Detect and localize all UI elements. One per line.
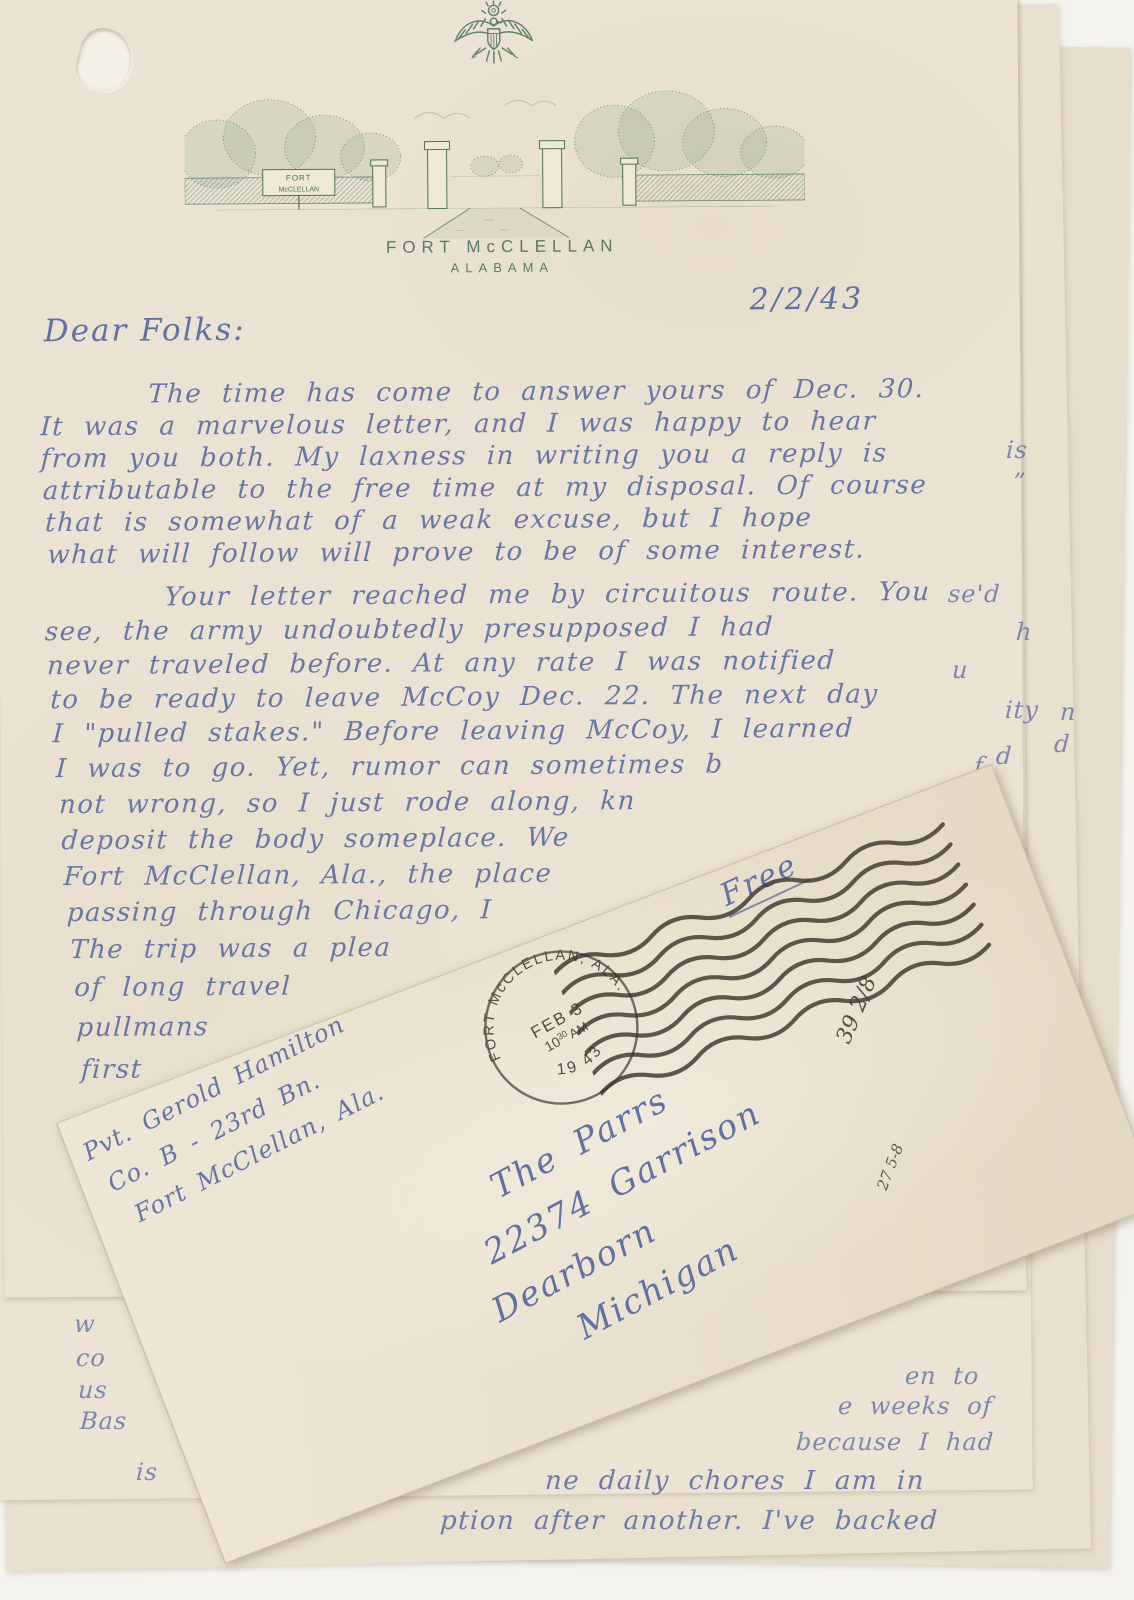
letter-line: deposit the body someplace. We (61, 823, 571, 857)
cancel-wave-line (591, 918, 984, 1080)
letter-line: I was to go. Yet, rumor can sometimes b (55, 750, 724, 785)
letter-date: 2/2/43 (749, 282, 864, 318)
letter-line: Your letter reached me by circuitous rou… (164, 577, 931, 612)
letter-salutation: Dear Folks: (44, 312, 246, 349)
letter-line: that is somewhat of a weak excuse, but I… (44, 503, 813, 538)
paper-tear (71, 23, 138, 96)
cancel-wave-line (583, 898, 976, 1060)
letter-line: from you both. My laxness in writing you… (40, 438, 888, 474)
letterhead-fort-name: FORT McCLELLAN (0, 234, 1007, 261)
letter-line: The trip was a plea (69, 933, 392, 965)
letter-line: attributable to the free time at my disp… (42, 470, 928, 506)
letter-line: not wrong, so I just rode along, kn (58, 786, 636, 820)
letter-line: Fort McClellan, Ala., the place (63, 859, 553, 892)
letter-line: of long travel (74, 972, 292, 1004)
letter-line: never traveled before. At any rate I was… (46, 646, 836, 682)
letter-line: pullmans (76, 1012, 210, 1043)
gate-sign-line1: FORT (286, 173, 312, 182)
cancel-wave-line (575, 878, 968, 1040)
envelope-recipient-address: The Parrs22374 GarrisonDearbornMichigan (414, 1038, 822, 1394)
letter-line: to be ready to leave McCoy Dec. 22. The … (50, 679, 880, 715)
letter-line: It was a marvelous letter, and I was hap… (40, 406, 877, 442)
scanned-letter-page: { "letterhead": { "name": "FORT McCLELLA… (0, 0, 1134, 1600)
fort-gate-illustration: FORT McCLELLAN (184, 78, 805, 240)
letter-line: passing through Chicago, I (66, 895, 493, 928)
letter-line: The time has come to answer yours of Dec… (148, 374, 926, 409)
letter-line: see, the army undoubtedly presupposed I … (44, 612, 774, 647)
letterhead-state: ALABAMA (0, 257, 1007, 279)
gate-sign-line2: McCLELLAN (279, 186, 320, 193)
letter-line: first (80, 1055, 143, 1085)
letter-line: I "pulled stakes." Before leaving McCoy,… (52, 714, 855, 750)
pencil-mark: 27 5-8 (873, 1141, 907, 1192)
letter-line: what will follow will prove to be of som… (47, 535, 866, 571)
